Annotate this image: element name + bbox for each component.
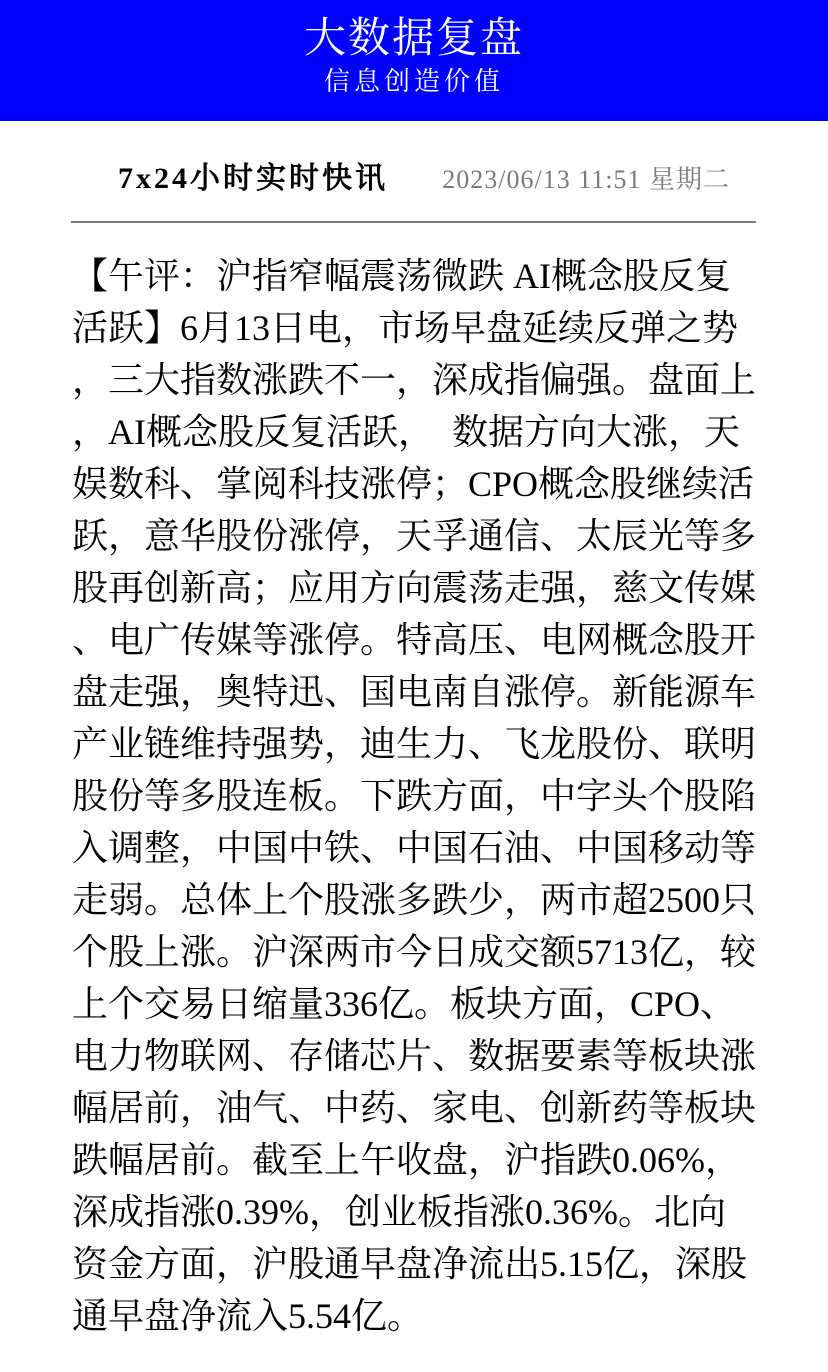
app-header: 大数据复盘 信息创造价值 bbox=[0, 0, 828, 121]
section-header-row: 7x24小时实时快讯 2023/06/13 11:51 星期二 bbox=[0, 153, 828, 197]
news-article-text: 【午评：沪指窄幅震荡微跌 AI概念股反复活跃】6月13日电，市场早盘延续反弹之势… bbox=[72, 250, 756, 1342]
section-datetime: 2023/06/13 11:51 星期二 bbox=[442, 159, 730, 196]
section-heading: 7x24小时实时快讯 bbox=[118, 153, 388, 197]
divider-line bbox=[71, 221, 756, 223]
app-title: 大数据复盘 bbox=[0, 15, 828, 63]
app-subtitle: 信息创造价值 bbox=[0, 67, 828, 97]
